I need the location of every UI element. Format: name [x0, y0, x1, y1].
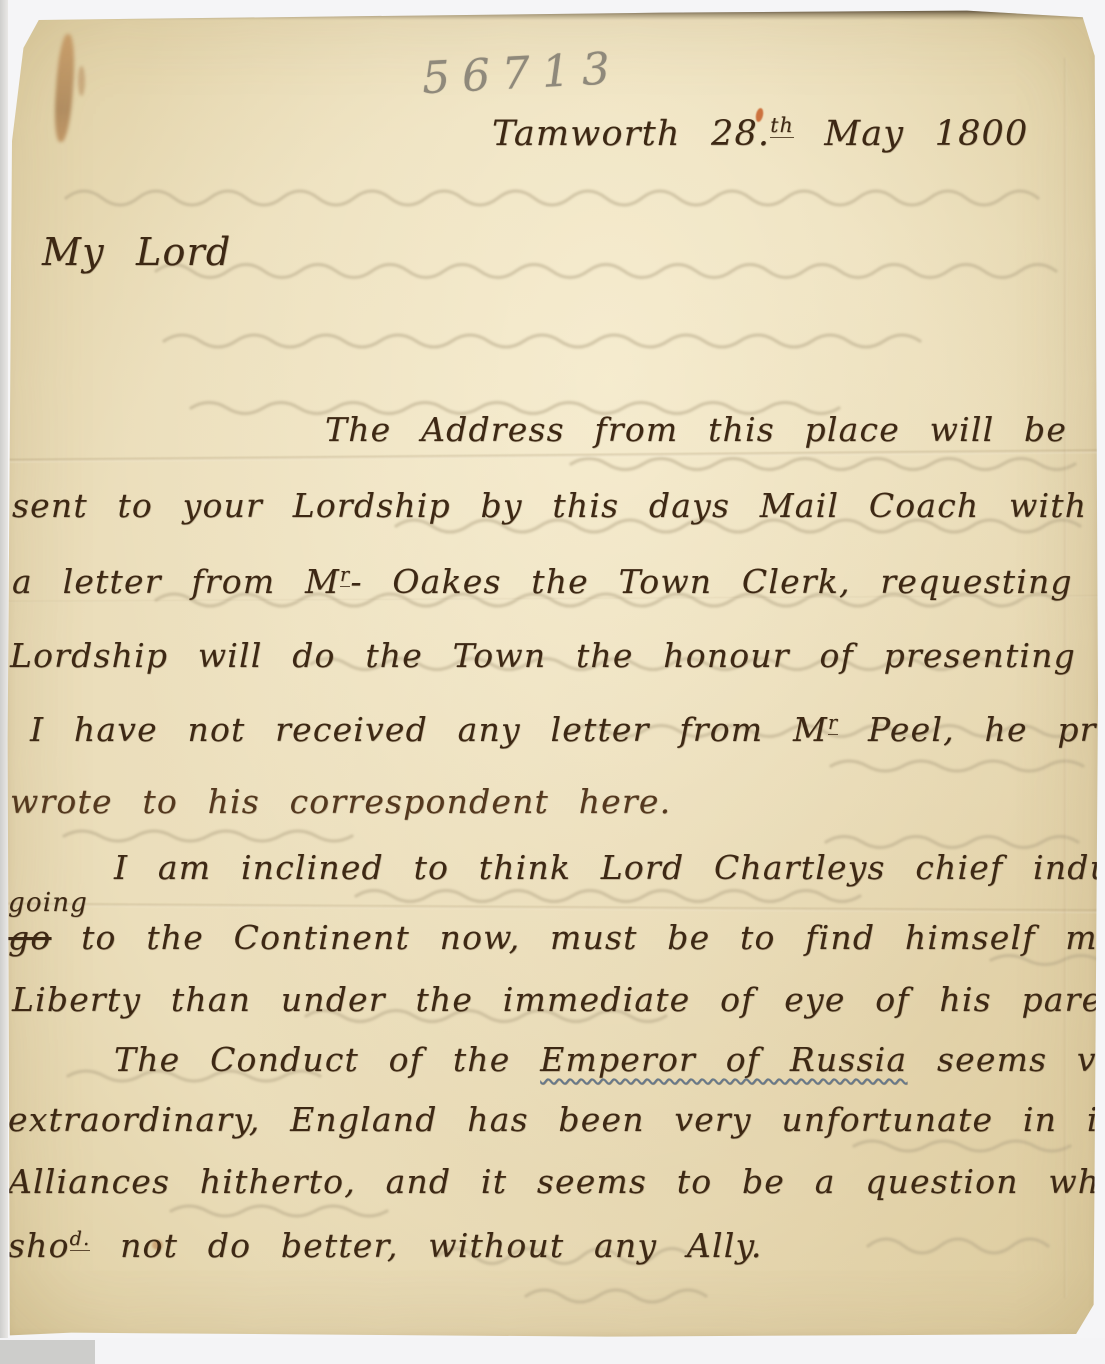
- text-segment: - Oakes the Town Clerk, requesting your: [350, 562, 1105, 601]
- letter-scan: 56713 Tamworth 28.th May 1800 My Lord Th…: [0, 0, 1105, 1364]
- body-line: extraordinary, England has been very unf…: [8, 1100, 1105, 1139]
- letter-page: 56713 Tamworth 28.th May 1800 My Lord Th…: [6, 8, 1098, 1338]
- body-line: I am inclined to think Lord Chartleys ch…: [114, 848, 1105, 887]
- text-segment: The Conduct of the: [114, 1040, 540, 1079]
- text-segment: Peel, he probably: [838, 710, 1105, 749]
- text-segment: I have not received any letter from M: [30, 710, 828, 749]
- text-segment: a letter from M: [12, 562, 340, 601]
- scanner-edge-left: [0, 0, 8, 1364]
- dateline-ordinal-suffix: th: [770, 113, 794, 138]
- archival-number: 56713: [421, 43, 623, 104]
- dateline-place-day: Tamworth 28.: [492, 114, 770, 154]
- body-line: I have not received any letter from Mr P…: [30, 710, 1105, 749]
- superscript-abbreviation: r: [340, 563, 350, 587]
- salutation: My Lord: [42, 230, 231, 274]
- text-segment: seems very —: [907, 1040, 1105, 1079]
- body-line: The Conduct of the Emperor of Russia see…: [114, 1040, 1105, 1079]
- body-line: Alliances hitherto, and it seems to be a…: [8, 1162, 1105, 1201]
- underlined-phrase: Emperor of Russia: [540, 1040, 907, 1079]
- rust-stain-small: [78, 66, 85, 96]
- scanner-edge-bottom: [0, 1338, 1105, 1364]
- body-line: go to the Continent now, must be to find…: [8, 918, 1105, 957]
- dateline-month-year: May 1800: [794, 114, 1029, 154]
- body-line: a letter from Mr- Oakes the Town Clerk, …: [12, 562, 1105, 601]
- body-line: Lordship will do the Town the honour of …: [10, 636, 1105, 675]
- scanner-shadow-bottom-left: [0, 1340, 95, 1364]
- superscript-abbreviation: d.: [70, 1227, 91, 1251]
- text-segment: sho: [8, 1226, 70, 1265]
- text-segment: to the Continent now, must be to find hi…: [51, 918, 1105, 957]
- body-line: shod. not do better, without any Ally.: [8, 1226, 763, 1265]
- dateline: Tamworth 28.th May 1800: [492, 114, 1028, 154]
- body-line: wrote to his correspondent here.: [10, 782, 671, 821]
- body-line: The Address from this place will be: [325, 410, 1067, 449]
- superscript-abbreviation: r: [828, 711, 838, 735]
- body-line: Liberty than under the immediate of eye …: [12, 980, 1105, 1019]
- text-segment: I am inclined to think Lord Chartleys ch…: [114, 848, 1105, 887]
- body-line: sent to your Lordship by this days Mail …: [12, 486, 1087, 525]
- struck-word: go: [8, 918, 51, 957]
- text-segment: not do better, without any Ally.: [90, 1226, 762, 1265]
- interlinear-insertion: going: [8, 888, 88, 918]
